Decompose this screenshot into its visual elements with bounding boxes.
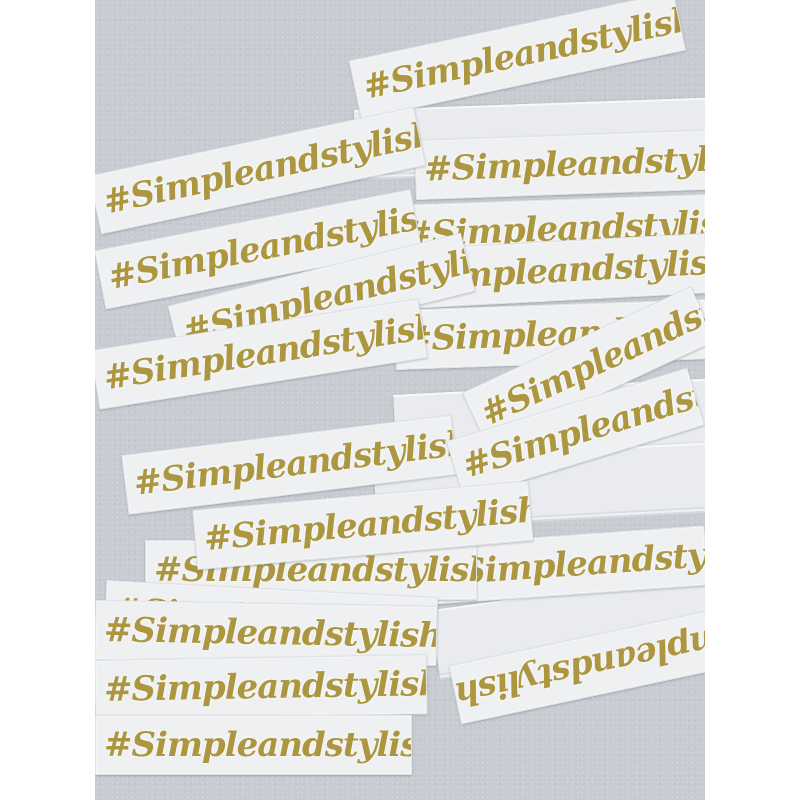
sticker: #Simpleandstylish <box>95 654 427 720</box>
sticker: #Simpleandstylish <box>414 129 705 200</box>
sticker-text: #Simpleandstylish <box>96 725 412 765</box>
sticker-photo: #Simpleandstylish #Simpleandstylish #Sim… <box>95 0 705 800</box>
sticker-text: #Simpleandstylish <box>96 610 438 656</box>
sticker-text: #Simpleandstylish <box>96 664 428 710</box>
sticker: #Simpleandstylish <box>95 715 412 775</box>
sticker-text: #Simpleandstylish <box>352 0 686 109</box>
sticker-text: #Simpleandstylish <box>415 138 705 190</box>
